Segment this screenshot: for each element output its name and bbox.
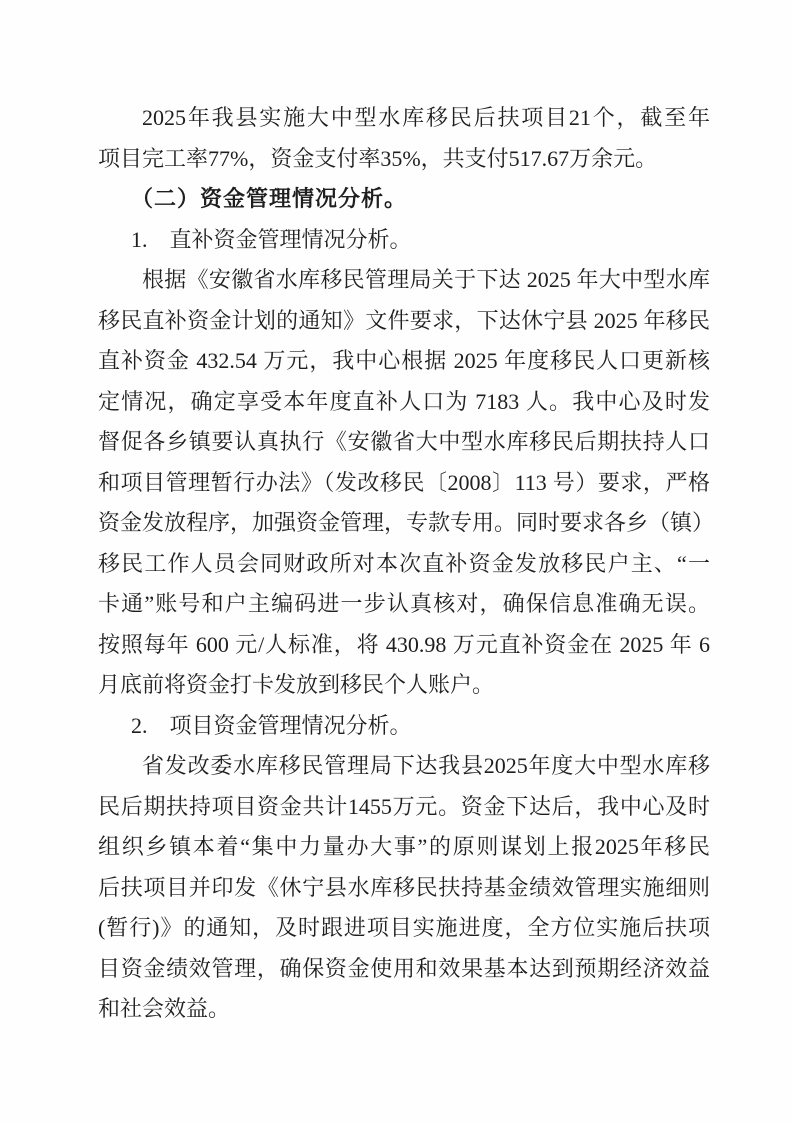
item-1-direct-subsidy-title: 1. 直补资金管理情况分析。: [98, 220, 710, 261]
para-project-completion-summary: 2025年我县实施大中型水库移民后扶项目21个，截至年底，项目完工率77%，资金…: [98, 98, 710, 179]
text-line: 项目完工率77%，资金支付率35%，共支付517.67万余元。: [98, 139, 710, 180]
text-line: 按照每年 600 元/人标准，将 430.98 万元直补资金在 2025 年 6: [98, 625, 710, 666]
text-line: 定情况，确定享受本年度直补人口为 7183 人。我中心及时发文，: [98, 382, 710, 423]
text-line: 2. 项目资金管理情况分析。: [98, 706, 710, 747]
text-line: 和项目管理暂行办法》（发改移民〔2008〕113 号）要求，严格: [98, 463, 710, 504]
text-line: 资金发放程序，加强资金管理，专款专用。同时要求各乡（镇）: [98, 503, 710, 544]
text-line: 民后期扶持项目资金共计1455万元。资金下达后，我中心及时: [98, 787, 710, 828]
document-text-block: 2025年我县实施大中型水库移民后扶项目21个，截至年底，项目完工率77%，资金…: [98, 98, 710, 1030]
text-line: 直补资金 432.54 万元，我中心根据 2025 年度移民人口更新核: [98, 341, 710, 382]
text-line: 根据《安徽省水库移民管理局关于下达 2025 年大中型水库: [98, 260, 710, 301]
text-line: 和社会效益。: [98, 989, 710, 1030]
text-line: 目资金绩效管理，确保资金使用和效果基本达到预期经济效益: [98, 949, 710, 990]
text-line: 后扶项目并印发《休宁县水库移民扶持基金绩效管理实施细则: [98, 868, 710, 909]
text-line: (暂行)》的通知，及时跟进项目实施进度，全方位实施后扶项: [98, 908, 710, 949]
document-page: 2025年我县实施大中型水库移民后扶项目21个，截至年底，项目完工率77%，资金…: [0, 0, 793, 1122]
item-2-project-funds-title: 2. 项目资金管理情况分析。: [98, 706, 710, 747]
text-line: 卡通”账号和户主编码进一步认真核对，确保信息准确无误。: [98, 584, 710, 625]
text-line: 1. 直补资金管理情况分析。: [98, 220, 710, 261]
text-line: 组织乡镇本着“集中力量办大事”的原则谋划上报2025年移民: [98, 827, 710, 868]
text-line: 2025年我县实施大中型水库移民后扶项目21个，截至年底，: [98, 98, 710, 139]
text-line: 移民工作人员会同财政所对本次直补资金发放移民户主、“一: [98, 544, 710, 585]
text-line: 督促各乡镇要认真执行《安徽省大中型水库移民后期扶持人口: [98, 422, 710, 463]
text-line: （二）资金管理情况分析。: [98, 179, 710, 220]
text-line: 月底前将资金打卡发放到移民个人账户。: [98, 665, 710, 706]
heading-funds-management-analysis: （二）资金管理情况分析。: [98, 179, 710, 220]
text-line: 移民直补资金计划的通知》文件要求，下达休宁县 2025 年移民: [98, 301, 710, 342]
para-direct-subsidy-management: 根据《安徽省水库移民管理局关于下达 2025 年大中型水库移民直补资金计划的通知…: [98, 260, 710, 706]
para-project-funds-management: 省发改委水库移民管理局下达我县2025年度大中型水库移民后期扶持项目资金共计14…: [98, 746, 710, 1030]
text-line: 省发改委水库移民管理局下达我县2025年度大中型水库移: [98, 746, 710, 787]
